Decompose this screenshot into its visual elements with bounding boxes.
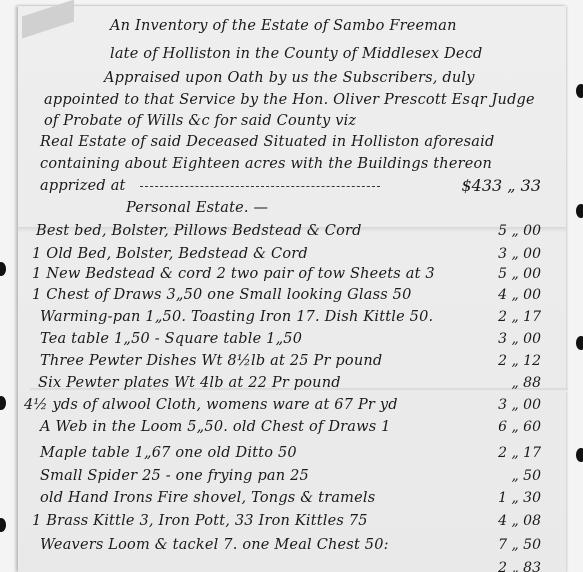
item-amount: 4 „ 08 — [498, 513, 541, 529]
item-line: Six Pewter plates Wt 4lb at 22 Pr pound — [38, 375, 341, 391]
item-amount: 2 „ 83 — [498, 560, 541, 572]
leader-dashes — [140, 186, 380, 187]
binding-hole — [0, 518, 6, 532]
item-amount: 3 „ 00 — [498, 331, 541, 347]
real-estate-line: Real Estate of said Deceased Situated in… — [40, 134, 494, 150]
binding-hole — [576, 448, 583, 462]
header-line: An Inventory of the Estate of Sambo Free… — [110, 18, 457, 34]
header-line: appointed to that Service by the Hon. Ol… — [44, 92, 535, 108]
item-line: 1 Brass Kittle 3, Iron Pott, 33 Iron Kit… — [32, 513, 368, 529]
real-estate-line: containing about Eighteen acres with the… — [40, 156, 492, 172]
item-line: 1 New Bedstead & cord 2 two pair of tow … — [32, 266, 435, 282]
item-line: 1 Chest of Draws 3„50 one Small looking … — [32, 287, 412, 303]
item-amount: 2 „ 12 — [498, 353, 541, 369]
section-heading: Personal Estate. — — [126, 200, 268, 216]
item-line: Maple table 1„67 one old Ditto 50 — [40, 445, 297, 461]
item-line: Warming-pan 1„50. Toasting Iron 17. Dish… — [40, 309, 433, 325]
header-line: late of Holliston in the County of Middl… — [110, 46, 483, 62]
item-line: Small Spider 25 - one frying pan 25 — [40, 468, 309, 484]
item-line: Weavers Loom & tackel 7. one Meal Chest … — [40, 537, 389, 553]
header-line: Appraised upon Oath by us the Subscriber… — [104, 70, 475, 86]
item-amount: 7 „ 50 — [498, 537, 541, 553]
item-amount: 4 „ 00 — [498, 287, 541, 303]
header-line: of Probate of Wills &c for said County v… — [44, 113, 356, 129]
item-line: Tea table 1„50 - Square table 1„50 — [40, 331, 302, 347]
item-amount: „ 88 — [511, 375, 541, 391]
item-amount: 2 „ 17 — [498, 445, 541, 461]
item-amount: 5 „ 00 — [498, 266, 541, 282]
binding-hole — [0, 262, 6, 276]
item-amount: 3 „ 00 — [498, 246, 541, 262]
item-line: Three Pewter Dishes Wt 8½lb at 25 Pr pou… — [40, 353, 382, 369]
item-amount: 3 „ 00 — [498, 397, 541, 413]
item-line: old Hand Irons Fire shovel, Tongs & tram… — [40, 490, 375, 506]
item-line: 1 Old Bed, Bolster, Bedstead & Cord — [32, 246, 308, 262]
real-estate-amount: $433 „ 33 — [461, 176, 541, 195]
binding-hole — [576, 84, 583, 98]
binding-hole — [0, 396, 6, 410]
binding-hole — [576, 336, 583, 350]
binding-hole — [576, 204, 583, 218]
item-amount: 5 „ 00 — [498, 223, 541, 239]
item-amount: 2 „ 17 — [498, 309, 541, 325]
item-amount: „ 50 — [511, 468, 541, 484]
item-amount: 1 „ 30 — [498, 490, 541, 506]
item-line: Best bed, Bolster, Pillows Bedstead & Co… — [36, 223, 362, 239]
item-line: 4½ yds of alwool Cloth, womens ware at 6… — [24, 397, 398, 413]
item-line: A Web in the Loom 5„50. old Chest of Dra… — [40, 419, 391, 435]
real-estate-line: apprized at — [40, 178, 126, 194]
item-amount: 6 „ 60 — [498, 419, 541, 435]
